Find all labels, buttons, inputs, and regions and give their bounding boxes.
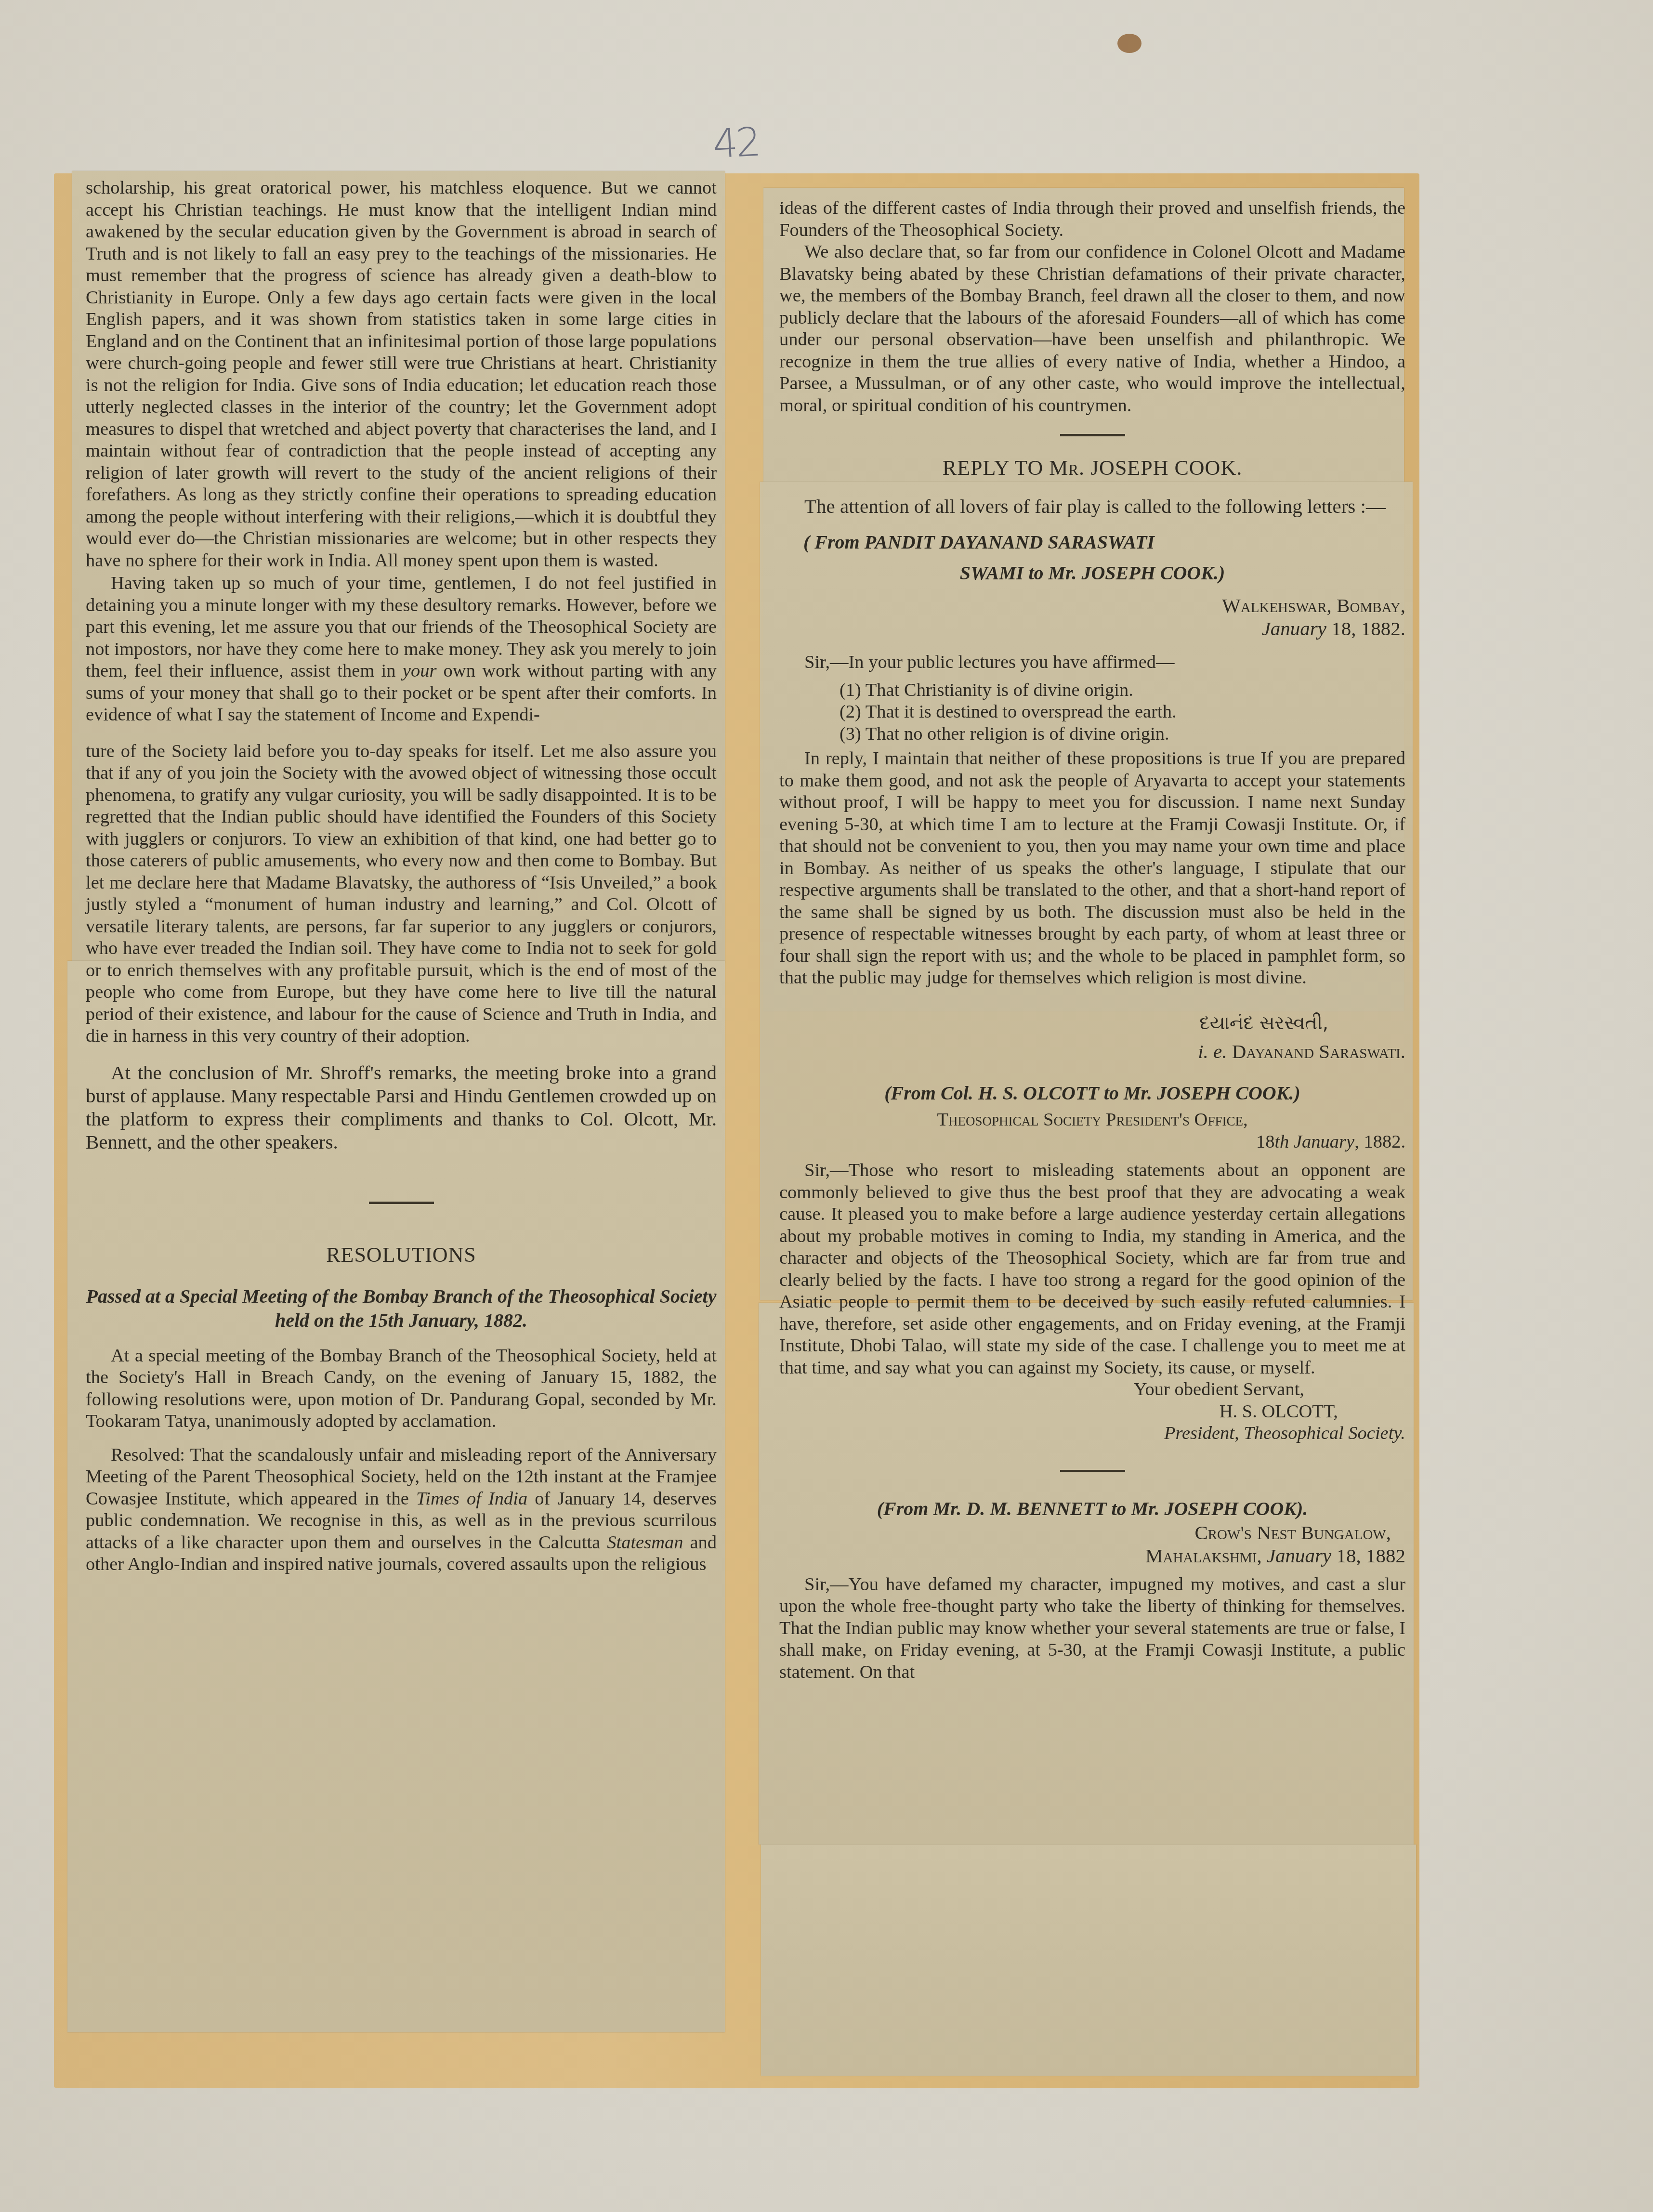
signature-name: i. e. Dayanand Saraswati. — [779, 1040, 1405, 1063]
resolutions-intro: At a special meeting of the Bombay Branc… — [86, 1345, 717, 1433]
letter-from-line: (From Mr. D. M. BENNETT to Mr. JOSEPH CO… — [779, 1497, 1405, 1521]
proposition: (1) That Christianity is of divine origi… — [779, 680, 1405, 702]
letter-closing: Your obedient Servant, — [779, 1379, 1405, 1401]
rust-stain — [1117, 34, 1141, 53]
letter-body: Sir,—Those who resort to misleading stat… — [779, 1160, 1405, 1379]
reply-heading: REPLY TO Mr. JOSEPH COOK. — [779, 456, 1405, 480]
letter-salutation: Sir,—In your public lectures you have af… — [779, 652, 1405, 674]
letter-olcott: (From Col. H. S. OLCOTT to Mr. JOSEPH CO… — [779, 1081, 1405, 1445]
resolutions-heading: RESOLUTIONS — [86, 1243, 717, 1267]
section-divider — [1060, 434, 1125, 436]
letter-from-line: SWAMI to Mr. JOSEPH COOK.) — [779, 561, 1405, 585]
letter-date: 18th January, 1882. — [779, 1131, 1405, 1153]
proposition: (3) That no other religion is of divine … — [779, 723, 1405, 746]
letter-signature-title: President, Theosophical Society. — [779, 1423, 1405, 1445]
letter-from-line: (From Col. H. S. OLCOTT to Mr. JOSEPH CO… — [779, 1081, 1405, 1105]
resolution-continued: ideas of the different castes of India t… — [779, 197, 1405, 241]
letter-date: January 18, 1882. — [779, 617, 1405, 640]
letter-from-line: ( From PANDIT DAYANAND SARASWATI — [779, 530, 1405, 554]
letter-place: Crow's Nest Bungalow, — [779, 1521, 1405, 1544]
proposition: (2) That it is destined to overspread th… — [779, 701, 1405, 723]
declaration-paragraph: We also declare that, so far from our co… — [779, 241, 1405, 417]
letter-office: Theosophical Society President's Office, — [779, 1109, 1405, 1131]
letter-bennett: (From Mr. D. M. BENNETT to Mr. JOSEPH CO… — [779, 1497, 1405, 1684]
section-divider — [369, 1202, 434, 1204]
resolutions-subheading: Passed at a Special Meeting of the Bomba… — [86, 1284, 717, 1333]
speech-paragraph: ture of the Society laid before you to-d… — [86, 741, 717, 1047]
right-column: ideas of the different castes of India t… — [779, 197, 1405, 1683]
reply-intro: The attention of all lovers of fair play… — [779, 495, 1405, 518]
letter-date: Mahalakshmi, January 18, 1882 — [779, 1544, 1405, 1567]
speech-paragraph: Having taken up so much of your time, ge… — [86, 573, 717, 726]
section-divider — [1060, 1470, 1125, 1472]
resolution-text: Resolved: That the scandalously unfair a… — [86, 1444, 717, 1576]
emphasis: your — [403, 661, 437, 681]
signature-gujarati: દયાનંદ સરસ્વતી, — [779, 1012, 1405, 1034]
letter-body: Sir,—You have defamed my character, impu… — [779, 1574, 1405, 1684]
letter-signature: H. S. OLCOTT, — [779, 1401, 1405, 1423]
speech-paragraph: scholarship, his great oratorical power,… — [86, 177, 717, 572]
pencil-page-number: 42 — [712, 119, 761, 168]
letter-place: Walkehswar, Bombay, — [779, 594, 1405, 617]
left-column: scholarship, his great oratorical power,… — [86, 177, 717, 1576]
right-clipping-bennett — [761, 1845, 1416, 2076]
letter-dayanand: ( From PANDIT DAYANAND SARASWATI SWAMI t… — [779, 530, 1405, 1063]
meeting-conclusion: At the conclusion of Mr. Shroff's remark… — [86, 1061, 717, 1153]
letter-body: In reply, I maintain that neither of the… — [779, 748, 1405, 989]
